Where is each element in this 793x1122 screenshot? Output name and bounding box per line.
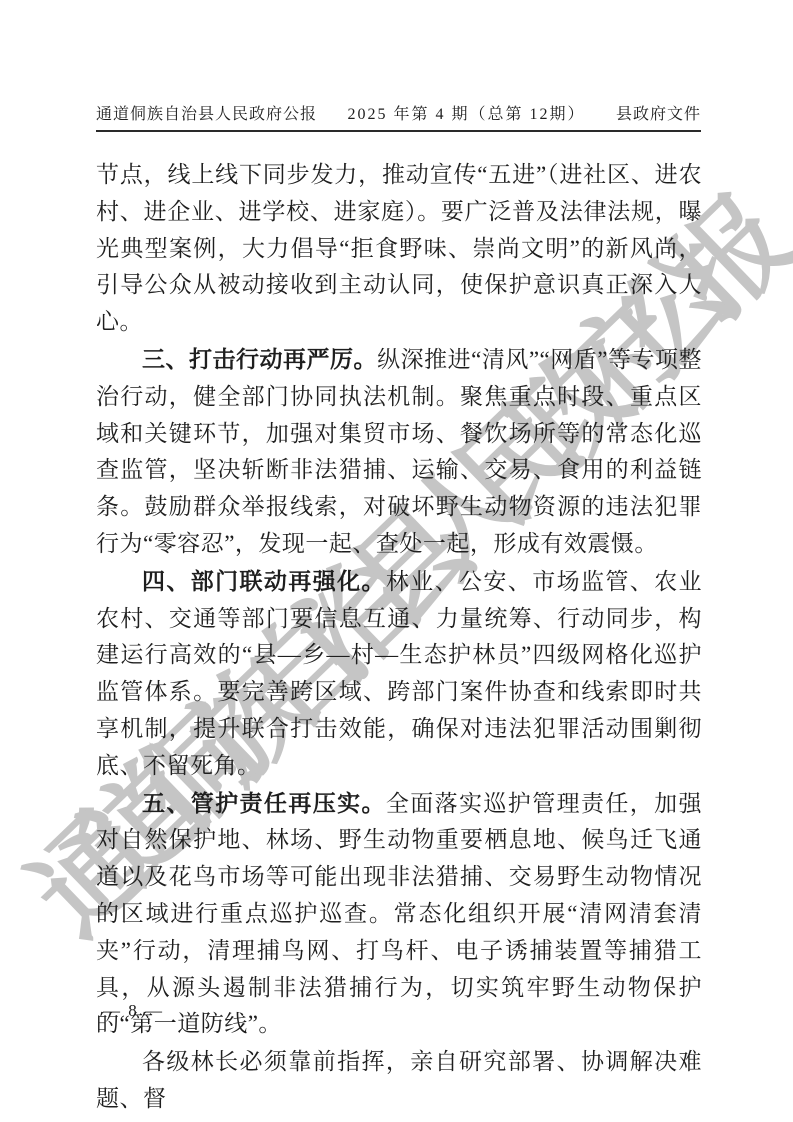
paragraph-closing: 各级林长必须靠前指挥，亲自研究部署、协调解决难题、督 — [96, 1043, 702, 1118]
header-issue-info: 2025 年第 4 期（总第 12期） — [347, 101, 585, 124]
paragraph-head: 四、部门联动再强化。 — [142, 568, 386, 594]
paragraph-text: 各级林长必须靠前指挥，亲自研究部署、协调解决难题、督 — [96, 1049, 702, 1111]
paragraph-continuation: 节点，线上线下同步发力，推动宣传“五进”（进社区、进农村、进企业、进学校、进家庭… — [96, 156, 702, 341]
gazette-page: 通道侗族自治县人民政府公报 通道侗族自治县人民政府公报 2025 年第 4 期（… — [0, 0, 793, 1122]
header-gazette-title: 通道侗族自治县人民政府公报 — [96, 101, 317, 124]
page-number: — 8 — — [103, 1001, 164, 1021]
document-body: 节点，线上线下同步发力，推动宣传“五进”（进社区、进农村、进企业、进学校、进家庭… — [96, 156, 702, 1118]
paragraph-head: 五、管护责任再压实。 — [142, 790, 386, 816]
paragraph-text: 节点，线上线下同步发力，推动宣传“五进”（进社区、进农村、进企业、进学校、进家庭… — [96, 162, 702, 334]
page-header: 通道侗族自治县人民政府公报 2025 年第 4 期（总第 12期） 县政府文件 — [96, 101, 701, 132]
header-document-type: 县政府文件 — [616, 101, 701, 124]
paragraph-text: 全面落实巡护管理责任，加强对自然保护地、林场、野生动物重要栖息地、候鸟迁飞通道以… — [96, 791, 702, 1037]
paragraph-section-5: 五、管护责任再压实。全面落实巡护管理责任，加强对自然保护地、林场、野生动物重要栖… — [96, 785, 702, 1044]
paragraph-section-4: 四、部门联动再强化。林业、公安、市场监管、农业农村、交通等部门要信息互通、力量统… — [96, 563, 702, 785]
paragraph-text: 林业、公安、市场监管、农业农村、交通等部门要信息互通、力量统筹、行动同步，构建运… — [96, 569, 702, 778]
paragraph-section-3: 三、打击行动再严厉。纵深推进“清风”“网盾”等专项整治行动，健全部门协同执法机制… — [96, 341, 702, 563]
paragraph-text: 纵深推进“清风”“网盾”等专项整治行动，健全部门协同执法机制。聚焦重点时段、重点… — [96, 347, 702, 556]
paragraph-head: 三、打击行动再严厉。 — [142, 346, 377, 372]
